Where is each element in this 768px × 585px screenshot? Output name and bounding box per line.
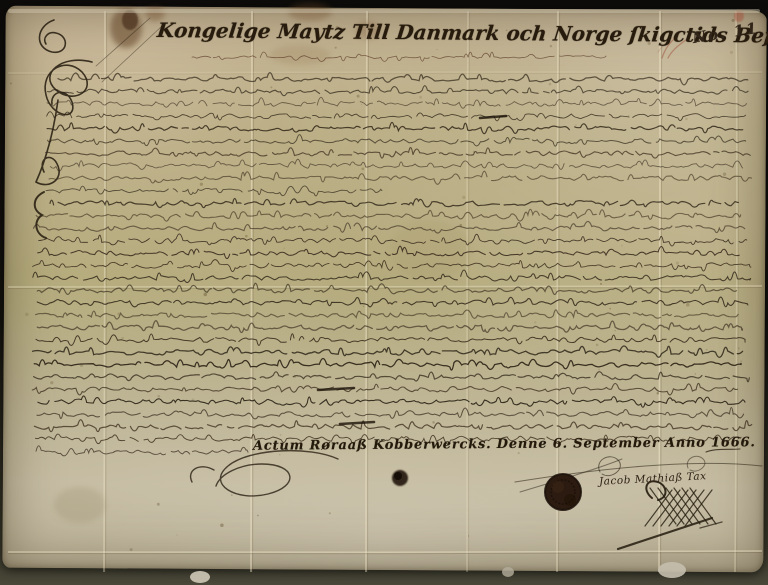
wax-seal [545, 474, 581, 510]
body-script-lines [32, 52, 751, 456]
fold-creases [8, 11, 762, 572]
notary-mark [618, 481, 722, 549]
document-artwork [0, 0, 768, 585]
document-photo: Kongelige Maytz Till Danmark och Norge ſ… [0, 0, 768, 585]
worn-edge-chips [8, 9, 760, 583]
